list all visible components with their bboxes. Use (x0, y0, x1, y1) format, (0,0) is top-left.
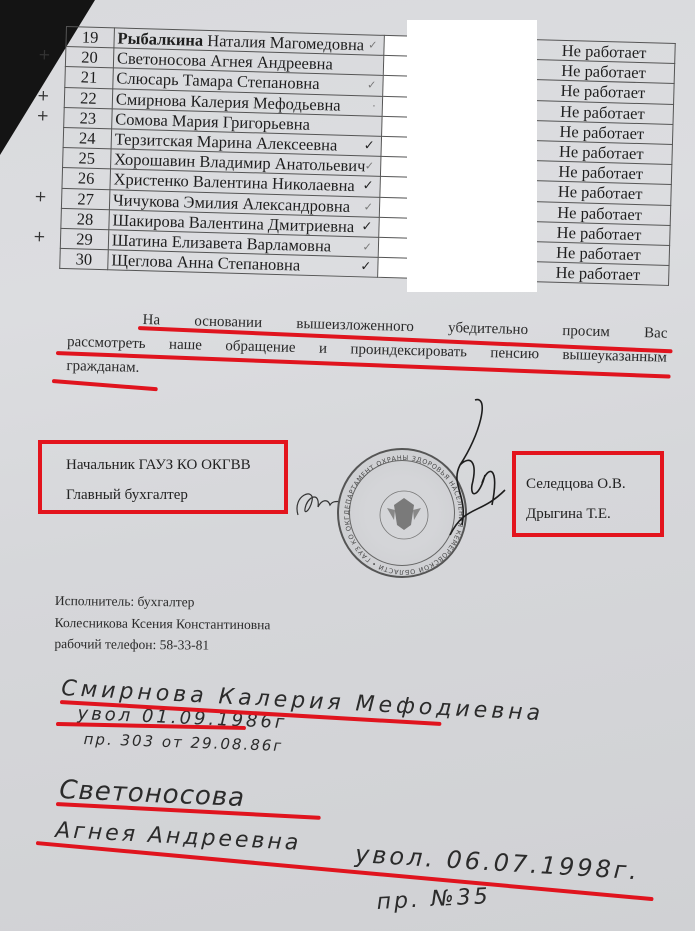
redaction-box (407, 20, 537, 292)
row-number: 19 (66, 27, 114, 49)
signatory-title-accountant: Главный бухгалтер (66, 480, 284, 510)
checkmark-icon: · (372, 96, 376, 115)
plus-mark-icon: + (34, 187, 47, 206)
row-number: +29 (60, 228, 108, 250)
row-number: +27 (61, 188, 109, 210)
checkmark-icon: ✓ (361, 217, 372, 236)
signatory-title-head: Начальник ГАУЗ КО ОКГВВ (66, 450, 284, 480)
row-number: +23 (64, 107, 112, 129)
checkmark-icon: ✓ (365, 157, 375, 176)
signatory-titles-box: Начальник ГАУЗ КО ОКГВВ Главный бухгалте… (38, 440, 288, 514)
checkmark-icon: ✓ (363, 197, 373, 216)
checkmark-icon: ✓ (363, 136, 374, 155)
checkmark-icon: ✓ (362, 177, 373, 196)
employee-name-text: Щеглова Анна Степановна (111, 251, 300, 275)
checkmark-icon: ✓ (360, 257, 371, 276)
row-number: +22 (64, 87, 112, 109)
plus-mark-icon: + (36, 106, 49, 125)
checkmark-icon: ✓ (367, 76, 377, 95)
row-number: 24 (63, 127, 111, 149)
plus-mark-icon: + (37, 86, 50, 105)
employee-table: 19Рыбалкина Наталия Магомедовна✓Не работ… (59, 26, 676, 286)
checkmark-icon: ✓ (362, 237, 372, 256)
checkmark-icon: ✓ (368, 35, 378, 54)
row-number: 28 (61, 208, 109, 230)
executor-role: Исполнитель: бухгалтер (55, 590, 271, 614)
employee-surname-bold: Рыбалкина (117, 29, 203, 50)
row-number: 26 (62, 168, 110, 190)
plus-mark-icon: + (38, 45, 51, 64)
row-number: +20 (65, 47, 113, 69)
plus-mark-icon: + (33, 227, 46, 246)
employment-status: Не работает (527, 262, 669, 286)
row-number: 21 (65, 67, 113, 89)
signatory-name-head: Селедцова О.В. (526, 469, 660, 499)
signatory-names-box: Селедцова О.В. Дрыгина Т.Е. (512, 451, 664, 537)
employee-table-container: 19Рыбалкина Наталия Магомедовна✓Не работ… (59, 26, 676, 286)
executor-phone: рабочий телефон: 58-33-81 (54, 633, 270, 657)
row-number: 25 (63, 148, 111, 170)
executor-block: Исполнитель: бухгалтер Колесникова Ксени… (54, 590, 270, 657)
signature-head (420, 395, 510, 545)
executor-name: Колесникова Ксения Константиновна (55, 611, 271, 635)
row-number: 30 (60, 248, 108, 270)
signatory-name-accountant: Дрыгина Т.Е. (526, 499, 660, 529)
